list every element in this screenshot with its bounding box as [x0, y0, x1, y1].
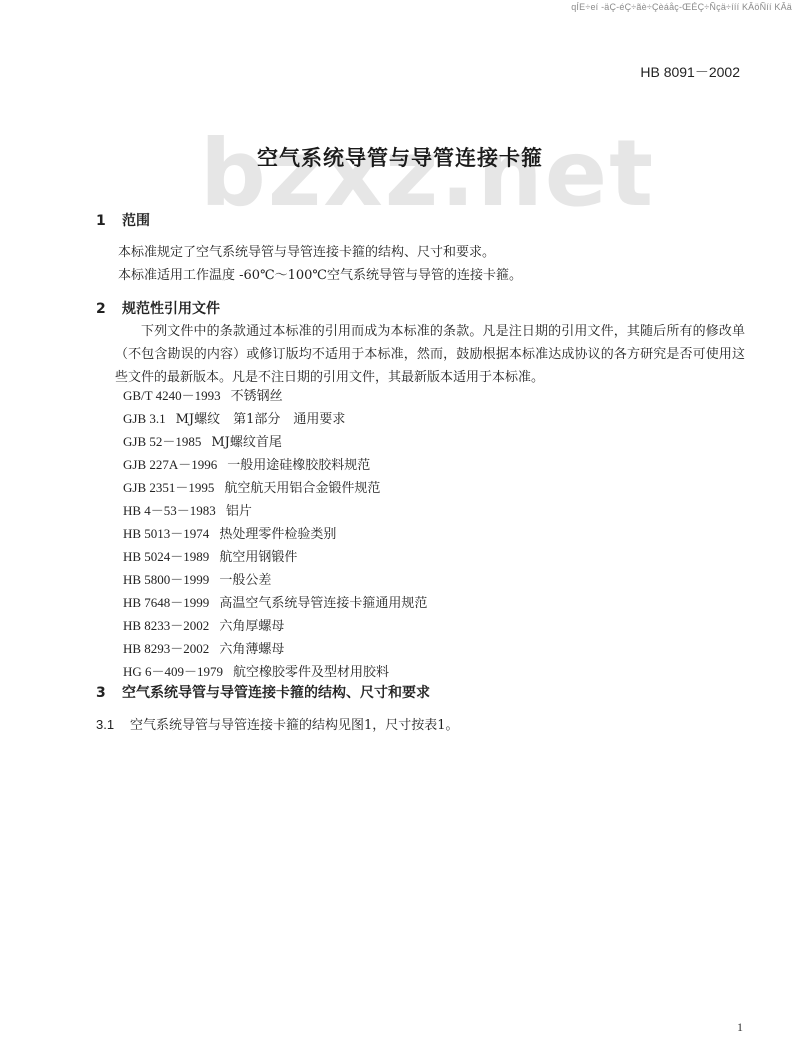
section-number: 2 [96, 301, 122, 317]
document-code: HB 8091－2002 [640, 62, 740, 82]
reference-item: HB 8293－2002六角薄螺母 [123, 637, 427, 660]
reference-code: GJB 3.1 [123, 407, 166, 430]
header-garbled-text: qÍE÷eí -äÇ-éÇ÷ãè÷Çèáåç-ŒÉÇ÷Ñçä÷ííí KÂöÑí… [571, 2, 792, 12]
reference-code: HB 8293－2002 [123, 637, 209, 660]
section-heading-scope: 1范围 [96, 210, 150, 230]
page-number: 1 [737, 1020, 743, 1035]
reference-title: 六角厚螺母 [219, 619, 284, 634]
reference-item: HG 6－409－1979航空橡胶零件及型材用胶料 [123, 660, 427, 683]
reference-title: 不锈钢丝 [231, 389, 283, 404]
scope-paragraph-1: 本标准规定了空气系统导管与导管连接卡箍的结构、尺寸和要求。 [118, 241, 495, 260]
reference-item: HB 5024－1989航空用钢锻件 [123, 545, 427, 568]
reference-title: 航空航天用铝合金锻件规范 [224, 481, 380, 496]
reference-item: GJB 3.1MJ螺纹 第1部分 通用要求 [123, 407, 427, 430]
reference-code: HB 5024－1989 [123, 545, 209, 568]
reference-item: HB 5800－1999一般公差 [123, 568, 427, 591]
reference-code: HB 4－53－1983 [123, 499, 216, 522]
reference-code: HB 5013－1974 [123, 522, 209, 545]
reference-title: 铝片 [226, 504, 252, 519]
clause-3-1: 3.1空气系统导管与导管连接卡箍的结构见图1，尺寸按表1。 [96, 714, 459, 733]
reference-code: HB 8233－2002 [123, 614, 209, 637]
reference-code: GJB 2351－1995 [123, 476, 214, 499]
section-heading-structure: 3空气系统导管与导管连接卡箍的结构、尺寸和要求 [96, 682, 430, 702]
reference-item: GB/T 4240－1993不锈钢丝 [123, 384, 427, 407]
reference-title: 航空用钢锻件 [219, 550, 297, 565]
reference-title: MJ螺纹 第1部分 通用要求 [176, 412, 346, 427]
section-number: 3 [96, 685, 122, 701]
page-title: 空气系统导管与导管连接卡箍 [0, 142, 800, 172]
section-title: 范围 [122, 213, 150, 229]
reference-item: GJB 52－1985MJ螺纹首尾 [123, 430, 427, 453]
reference-item: HB 4－53－1983铝片 [123, 499, 427, 522]
reference-title: 航空橡胶零件及型材用胶料 [233, 665, 389, 680]
reference-title: 热处理零件检验类别 [219, 527, 336, 542]
reference-code: HG 6－409－1979 [123, 660, 223, 683]
reference-item: HB 8233－2002六角厚螺母 [123, 614, 427, 637]
scope-paragraph-2: 本标准适用工作温度 -60℃～100℃空气系统导管与导管的连接卡箍。 [118, 264, 522, 283]
section-title: 空气系统导管与导管连接卡箍的结构、尺寸和要求 [122, 685, 430, 701]
reference-item: HB 7648－1999高温空气系统导管连接卡箍通用规范 [123, 591, 427, 614]
clause-number: 3.1 [96, 717, 130, 732]
reference-item: GJB 227A－1996一般用途硅橡胶胶料规范 [123, 453, 427, 476]
reference-item: GJB 2351－1995航空航天用铝合金锻件规范 [123, 476, 427, 499]
reference-title: 一般用途硅橡胶胶料规范 [227, 458, 370, 473]
reference-code: HB 5800－1999 [123, 568, 209, 591]
section-heading-normative-references: 2规范性引用文件 [96, 298, 220, 318]
reference-list: GB/T 4240－1993不锈钢丝 GJB 3.1MJ螺纹 第1部分 通用要求… [123, 384, 427, 683]
clause-text: 空气系统导管与导管连接卡箍的结构见图1，尺寸按表1。 [130, 718, 459, 733]
reference-title: 高温空气系统导管连接卡箍通用规范 [219, 596, 427, 611]
section-number: 1 [96, 213, 122, 229]
references-intro: 下列文件中的条款通过本标准的引用而成为本标准的条款。凡是注日期的引用文件，其随后… [115, 320, 745, 389]
reference-title: 一般公差 [219, 573, 271, 588]
section-title: 规范性引用文件 [122, 301, 220, 317]
reference-title: MJ螺纹首尾 [211, 435, 282, 450]
reference-title: 六角薄螺母 [219, 642, 284, 657]
reference-code: GB/T 4240－1993 [123, 384, 221, 407]
reference-item: HB 5013－1974热处理零件检验类别 [123, 522, 427, 545]
reference-code: HB 7648－1999 [123, 591, 209, 614]
reference-code: GJB 52－1985 [123, 430, 201, 453]
reference-code: GJB 227A－1996 [123, 453, 217, 476]
